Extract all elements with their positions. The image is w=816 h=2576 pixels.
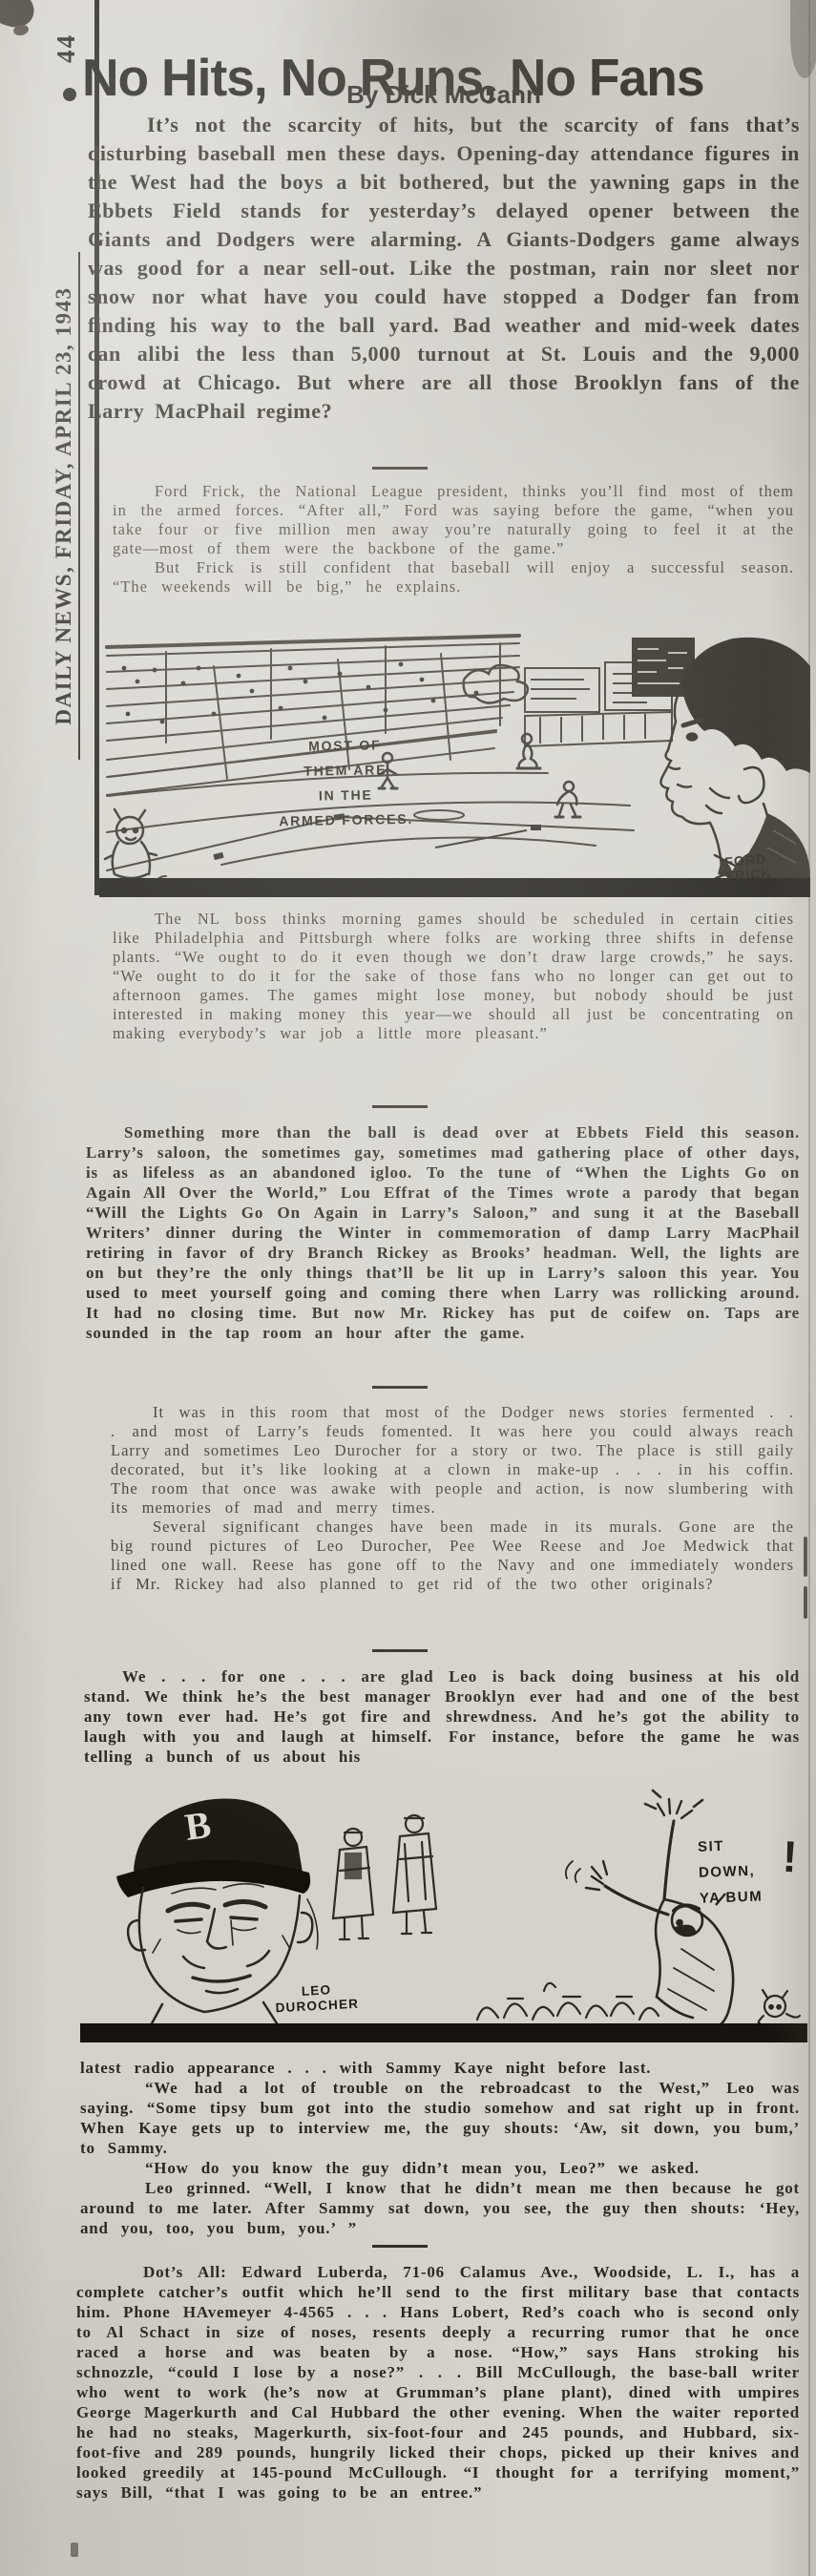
section-divider [372,1649,428,1652]
section-divider [372,1386,428,1389]
section-divider [372,467,428,470]
paragraph: Dot’s All: Edward Luberda, 71-06 Calamus… [76,2262,800,2503]
cartoon-leo-durocher: B [80,1787,807,2042]
radio-story-block: latest radio appearance . . . with Sammy… [80,2058,800,2241]
paragraph: Ford Frick, the National League presiden… [113,482,794,558]
paragraph: “How do you know the guy didn’t mean you… [80,2158,800,2178]
paragraph: It was in this room that most of the Dod… [111,1403,794,1518]
cartoon-frick-drawing [99,626,810,897]
masthead-dateline: DAILY NEWS, FRIDAY, APRIL 23, 1943 [50,252,80,760]
paragraph: We . . . for one . . . are glad Leo is b… [84,1666,800,1767]
newspaper-page: { "page": { "edition_number": "44", "mas… [0,0,816,2576]
dots-all-block: Dot’s All: Edward Luberda, 71-06 Calamus… [76,2262,800,2548]
saloon-block: Something more than the ball is dead ove… [86,1122,800,1382]
byline: By Dick McCann [88,80,800,110]
edge-mark [804,1537,807,1577]
margin-dot-icon [63,88,76,101]
paragraph: “We had a lot of trouble on the rebroadc… [80,2078,800,2158]
black-rule-bar [80,2023,807,2042]
exclamation-mark: ! [782,1834,799,1879]
page-edge-crease [808,0,810,2576]
mascot-dog [105,809,157,878]
nl-boss-block: The NL boss thinks morning games should … [113,910,794,1100]
pitcher-figure [555,782,580,817]
paragraph: The NL boss thinks morning games should … [113,910,794,1043]
paragraph: Several significant changes have been ma… [111,1518,794,1594]
cartoon-durocher-drawing: B [80,1787,807,2042]
paragraph: But Frick is still confident that baseba… [113,558,794,597]
paragraph: Leo grinned. “Well, I know that he didn’… [80,2178,800,2238]
bird-icon [464,665,528,703]
back-room-block: It was in this room that most of the Dod… [111,1403,794,1645]
edge-mark [804,1586,807,1619]
page-number: 44 [53,19,79,63]
lead-paragraph-block: It’s not the scarcity of hits, but the s… [88,111,800,456]
paragraph: latest radio appearance . . . with Sammy… [80,2058,800,2078]
fold-stain [790,0,816,78]
cartoon-speech-text: MOST OF THEM ARE IN THE ARMED FORCES. [238,731,453,834]
glad-leo-block: We . . . for one . . . are glad Leo is b… [84,1666,800,1783]
frick-quote-block: Ford Frick, the National League presiden… [113,482,794,621]
crowd-heads [477,1983,659,2020]
section-divider [372,2245,428,2248]
black-rule-bar [99,878,810,897]
paragraph: It’s not the scarcity of hits, but the s… [88,111,800,426]
umpire-figures [333,1815,436,1939]
catcher-figure [517,734,540,768]
section-divider [372,1105,428,1108]
hair [681,638,810,773]
heckler-dog [759,1990,800,2023]
paragraph: Something more than the ball is dead ove… [86,1122,800,1343]
cartoon-ford-frick: MOST OF THEM ARE IN THE ARMED FORCES. FO… [99,626,810,897]
